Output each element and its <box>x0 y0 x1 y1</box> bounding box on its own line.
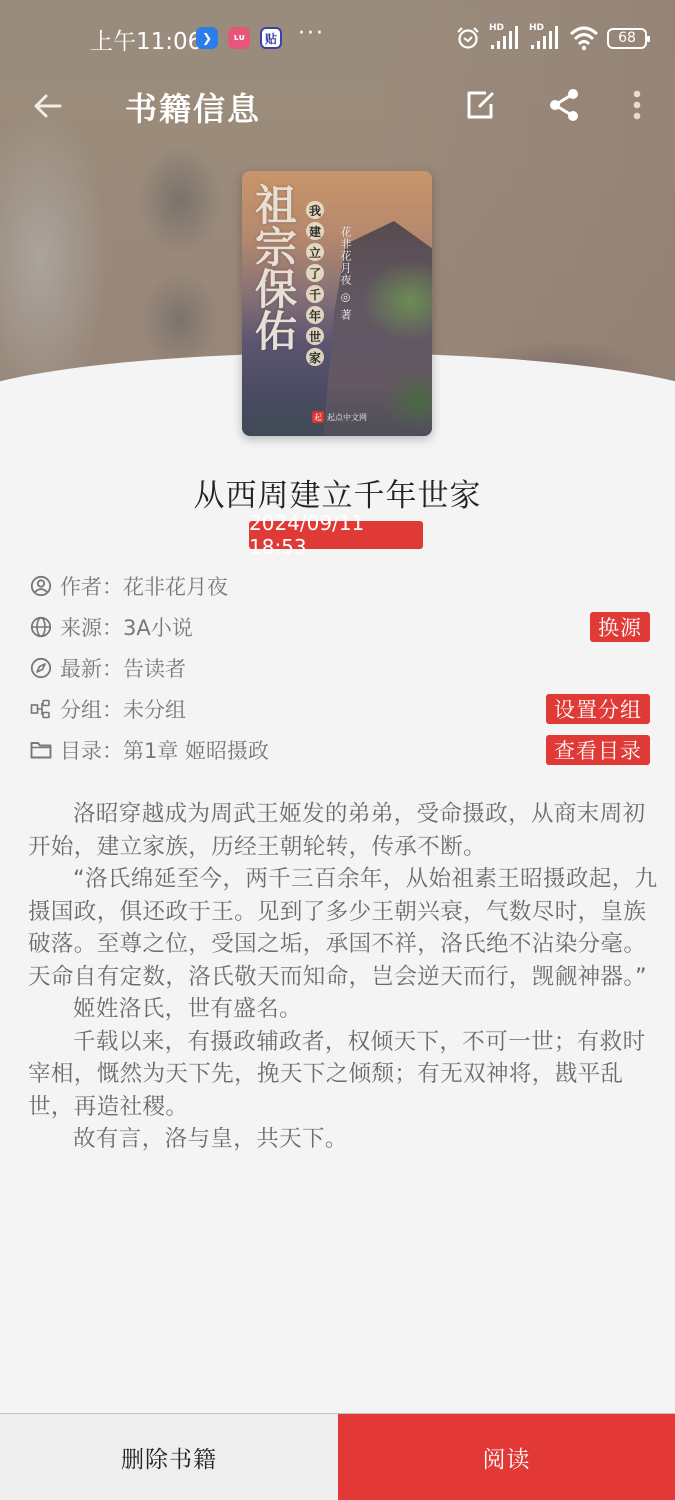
page-title: 书籍信息 <box>125 84 261 130</box>
author-value[interactable]: 花非花月夜 <box>123 571 228 601</box>
battery-level: 68 <box>618 30 636 46</box>
cellular-signal-icon-2: HD <box>529 25 561 51</box>
author-label: 作者： <box>60 571 123 601</box>
intro-paragraph: 故有言，洛与皇，共天下。 <box>28 1123 664 1156</box>
latest-chapter-value: 告读者 <box>123 653 186 683</box>
publisher-logo-icon: 起 <box>312 411 324 423</box>
top-app-bar: 书籍信息 <box>0 78 675 134</box>
arrow-left-icon[interactable] <box>30 88 66 124</box>
group-value: 未分组 <box>123 694 186 724</box>
more-vertical-icon[interactable] <box>620 88 654 122</box>
cover-art-foliage <box>362 261 432 341</box>
info-row-group: 分组： 未分组 设置分组 <box>30 693 650 725</box>
toc-value[interactable]: 第1章 姬昭摄政 <box>123 735 269 765</box>
cover-subtitle-char: 建 <box>306 222 324 240</box>
cover-art-foliage <box>382 371 432 431</box>
intro-paragraph: 千载以来，有摄政辅政者，权倾天下，不可一世；有救时宰相，慨然为天下先，挽天下之倾… <box>28 1026 664 1124</box>
set-group-button[interactable]: 设置分组 <box>546 694 650 724</box>
edit-icon[interactable] <box>464 88 498 122</box>
book-cover[interactable]: 祖宗保佑 我 建 立 了 千 年 世 家 花非花月夜 ◎ 著 起 起点中文网 <box>242 171 432 436</box>
lukalu-icon: ʟᴜ <box>228 27 250 49</box>
cover-subtitle-char: 我 <box>306 201 324 219</box>
info-row-latest: 最新： 告读者 <box>30 652 650 684</box>
status-time: 上午11:06 <box>90 23 202 56</box>
tieba-icon: 贴 <box>260 27 282 49</box>
cover-title: 祖宗保佑 <box>250 183 298 351</box>
more-notifications-icon: ··· <box>298 21 325 46</box>
update-time-badge: 2024/09/11 18:53 <box>249 521 423 549</box>
group-icon <box>30 698 52 720</box>
book-title: 从西周建立千年世家 <box>0 470 675 515</box>
info-row-source: 来源： 3A小说 换源 <box>30 611 650 643</box>
intro-paragraph: 洛昭穿越成为周武王姬发的弟弟，受命摄政，从商末周初开始，建立家族，历经王朝轮转，… <box>28 798 664 863</box>
view-toc-button[interactable]: 查看目录 <box>546 735 650 765</box>
publisher-name: 起点中文网 <box>327 412 367 423</box>
cover-author: 花非花月夜 ◎ 著 <box>337 226 353 321</box>
wifi-icon <box>569 25 599 51</box>
book-intro: 洛昭穿越成为周武王姬发的弟弟，受命摄政，从商末周初开始，建立家族，历经王朝轮转，… <box>28 798 664 1156</box>
bottom-action-bar: 删除书籍 阅读 <box>0 1413 675 1500</box>
alarm-icon <box>455 25 481 51</box>
cover-publisher: 起 起点中文网 <box>312 411 367 423</box>
cover-subtitle-char: 了 <box>306 264 324 282</box>
share-icon[interactable] <box>546 87 582 123</box>
globe-icon <box>30 616 52 638</box>
delete-book-button[interactable]: 删除书籍 <box>0 1414 338 1500</box>
cover-subtitle-char: 千 <box>306 285 324 303</box>
latest-chapter-label: 最新： <box>60 653 123 683</box>
read-button[interactable]: 阅读 <box>338 1414 675 1500</box>
info-row-author: 作者： 花非花月夜 <box>30 570 650 602</box>
cover-subtitle-char: 世 <box>306 327 324 345</box>
cover-subtitle: 我 建 立 了 千 年 世 家 <box>306 201 324 366</box>
cover-subtitle-char: 家 <box>306 348 324 366</box>
source-label: 来源： <box>60 612 123 642</box>
compass-icon <box>30 657 52 679</box>
info-row-toc: 目录： 第1章 姬昭摄政 查看目录 <box>30 734 650 766</box>
cellular-signal-icon-1: HD <box>489 25 521 51</box>
intro-paragraph: 姬姓洛氏，世有盛名。 <box>28 993 664 1026</box>
status-indicators: HD HD <box>455 25 647 51</box>
toc-label: 目录： <box>60 735 123 765</box>
battery-indicator: 68 <box>607 28 647 49</box>
user-circle-icon <box>30 575 52 597</box>
group-label: 分组： <box>60 694 123 724</box>
change-source-button[interactable]: 换源 <box>590 612 650 642</box>
book-info-screen: 上午11:06 ❯ ʟᴜ 贴 ··· HD HD <box>0 0 675 1500</box>
status-bar: 上午11:06 ❯ ʟᴜ 贴 ··· HD HD <box>0 18 675 58</box>
folder-icon <box>30 739 52 761</box>
cover-subtitle-char: 立 <box>306 243 324 261</box>
intro-paragraph: “洛氏绵延至今，两千三百余年，从始祖素王昭摄政起，九摄国政，俱还政于王。见到了多… <box>28 863 664 993</box>
feishu-icon: ❯ <box>196 27 218 49</box>
cover-subtitle-char: 年 <box>306 306 324 324</box>
source-value: 3A小说 <box>123 612 193 642</box>
